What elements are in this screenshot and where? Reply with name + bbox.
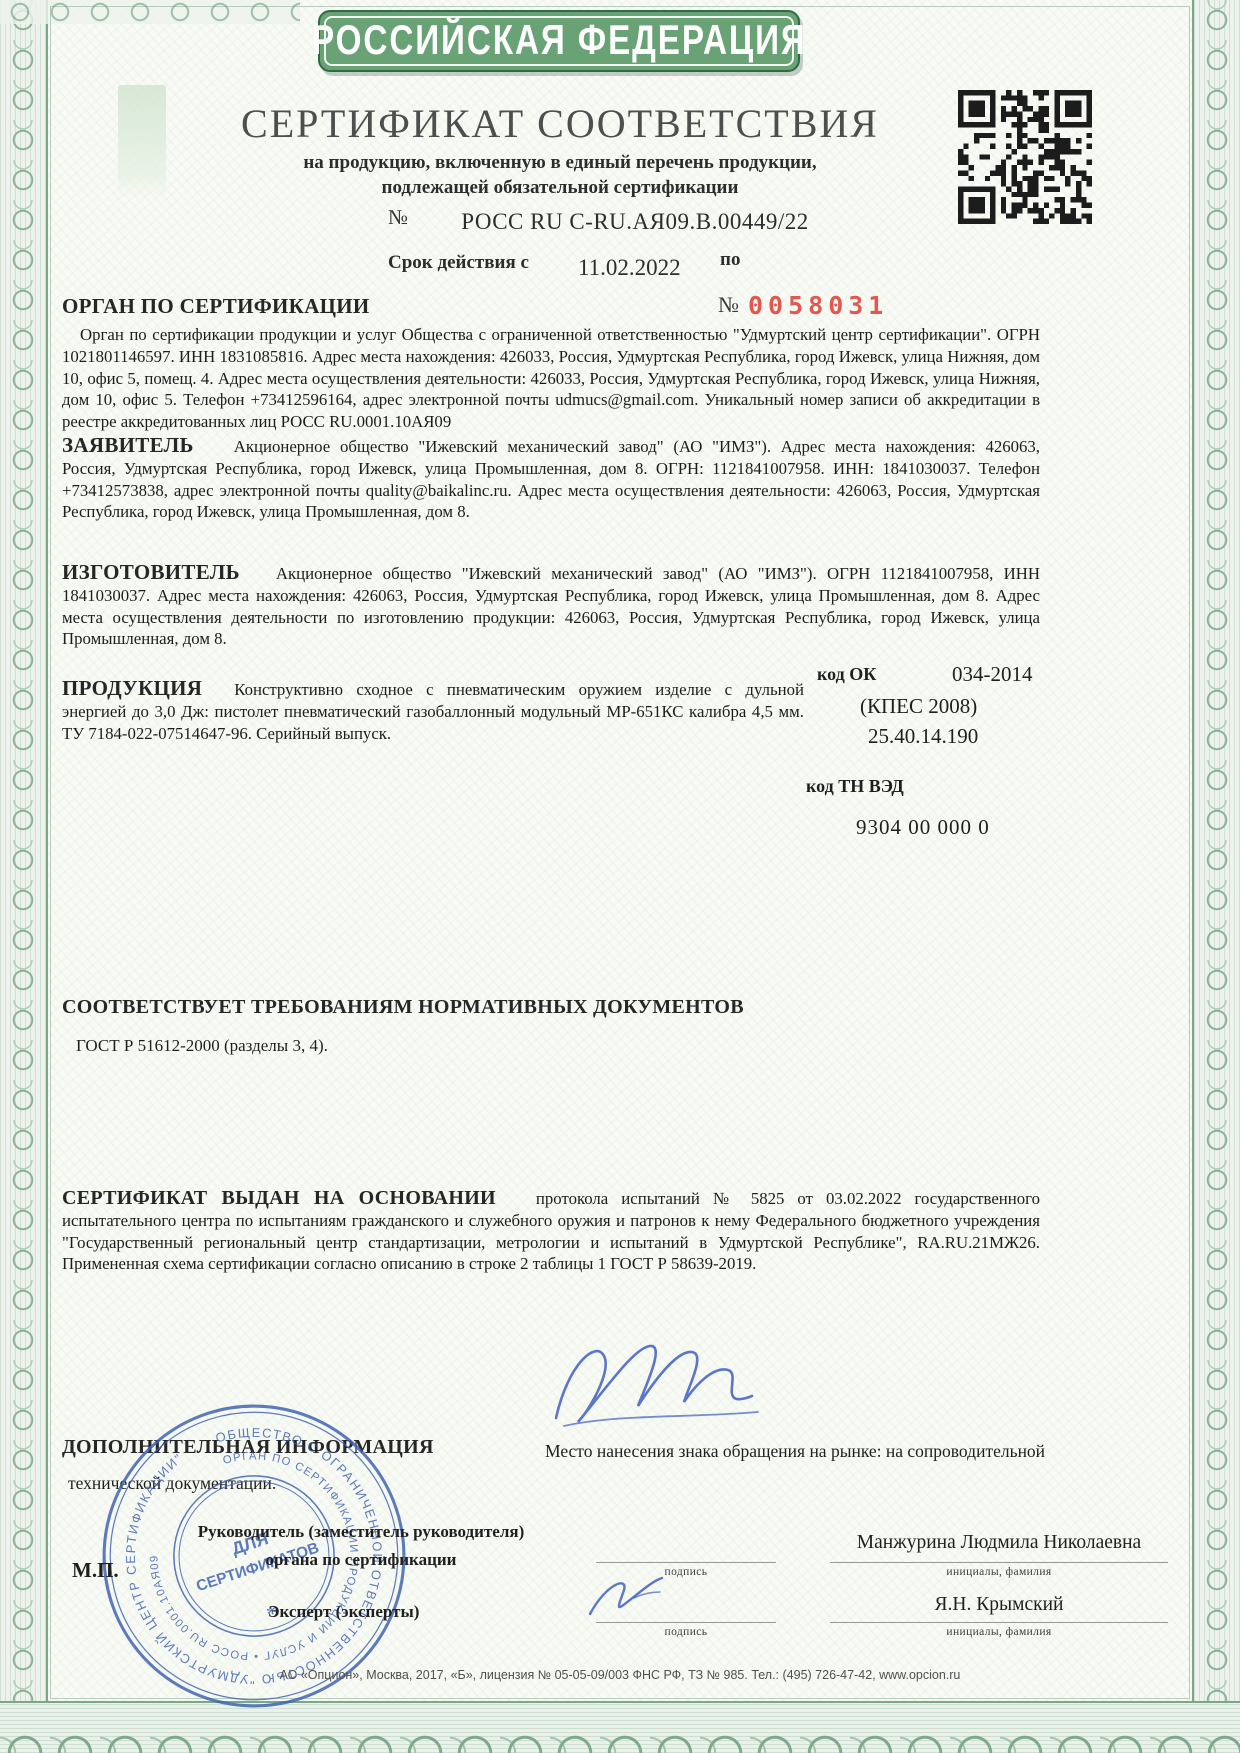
blank-number-digits: 0058031 <box>748 291 888 320</box>
code-ok-value: 034-2014 <box>952 662 1033 687</box>
blank-number-sign: № <box>718 292 739 318</box>
country-banner-label: РОССИЙСКАЯ ФЕДЕРАЦИЯ <box>312 17 807 64</box>
head-role-line2: органа по сертификации <box>178 1546 544 1574</box>
validity-from-date: 11.02.2022 <box>578 255 681 281</box>
expert-signature <box>576 1572 686 1620</box>
expert-role-label: Эксперт (эксперты) <box>268 1602 419 1622</box>
head-name-caption: инициалы, фамилия <box>830 1566 1168 1578</box>
validity-to-label: по <box>720 249 740 271</box>
applicant-heading: ЗАЯВИТЕЛЬ <box>62 433 194 457</box>
subtitle-line-2: подлежащей обязательной сертификации <box>130 175 990 200</box>
head-signature <box>538 1326 778 1441</box>
certificate-page: РОССИЙСКАЯ ФЕДЕРАЦИЯ СЕРТИФИКАТ СООТВЕТС… <box>0 0 1240 1753</box>
certificate-number-label: № <box>388 205 408 230</box>
authority-body: Орган по сертификации продукции и услуг … <box>62 324 1040 433</box>
certificate-title: СЕРТИФИКАТ СООТВЕТСТВИЯ <box>130 100 990 147</box>
head-name-line <box>830 1562 1168 1563</box>
applicant-body: Акционерное общество "Ижевский механичес… <box>62 437 1040 521</box>
country-banner: РОССИЙСКАЯ ФЕДЕРАЦИЯ <box>318 10 800 72</box>
manufacturer-heading: ИЗГОТОВИТЕЛЬ <box>62 560 240 584</box>
head-role-line1: Руководитель (заместитель руководителя) <box>178 1518 544 1546</box>
mp-seal-label: М.П. <box>72 1558 119 1583</box>
code-ok-label: код ОК <box>817 664 876 685</box>
code-ok-line3: 25.40.14.190 <box>868 724 978 749</box>
authority-heading: ОРГАН ПО СЕРТИФИКАЦИИ <box>62 294 370 319</box>
additional-info-right-text: Место нанесения знака обращения на рынке… <box>545 1441 1145 1462</box>
product-section: ПРОДУКЦИЯКонструктивно сходное с пневмат… <box>62 678 804 744</box>
expert-sign-caption: подпись <box>596 1626 776 1638</box>
head-sign-caption: подпись <box>596 1566 776 1578</box>
code-tnved-label: код ТН ВЭД <box>806 776 904 797</box>
head-signature-line <box>596 1562 776 1563</box>
head-role-label: Руководитель (заместитель руководителя) … <box>178 1518 544 1574</box>
basis-heading: СЕРТИФИКАТ ВЫДАН НА ОСНОВАНИИ <box>62 1187 496 1209</box>
expert-name: Я.Н. Крымский <box>830 1594 1168 1616</box>
code-tnved-value: 9304 00 000 0 <box>856 815 990 840</box>
applicant-section: ЗАЯВИТЕЛЬАкционерное общество "Ижевский … <box>62 435 1040 523</box>
expert-name-caption: инициалы, фамилия <box>830 1626 1168 1638</box>
manufacturer-section: ИЗГОТОВИТЕЛЬАкционерное общество "Ижевск… <box>62 562 1040 650</box>
subtitle-line-1: на продукцию, включенную в единый перече… <box>130 150 990 175</box>
print-house-footer: АО «Опцион», Москва, 2017, «Б», лицензия… <box>120 1668 1120 1682</box>
certificate-number-value: РОСС RU C-RU.АЯ09.В.00449/22 <box>440 209 830 235</box>
left-border-ornament <box>0 0 48 1753</box>
top-border-ornament <box>0 0 300 24</box>
expert-name-line <box>830 1622 1168 1623</box>
product-heading: ПРОДУКЦИЯ <box>62 676 202 700</box>
code-ok-line2: (КПЕС 2008) <box>860 694 977 719</box>
certificate-subtitle: на продукцию, включенную в единый перече… <box>130 150 990 200</box>
compliance-heading: СООТВЕТСТВУЕТ ТРЕБОВАНИЯМ НОРМАТИВНЫХ ДО… <box>62 996 744 1019</box>
compliance-body: ГОСТ Р 51612-2000 (разделы 3, 4). <box>76 1036 328 1056</box>
expert-signature-line <box>596 1622 776 1623</box>
validity-from-label: Срок действия с <box>388 252 529 274</box>
head-name: Манжурина Людмила Николаевна <box>830 1532 1168 1554</box>
right-border-ornament <box>1192 0 1240 1753</box>
basis-section: СЕРТИФИКАТ ВЫДАН НА ОСНОВАНИИпротокола и… <box>62 1188 1040 1275</box>
